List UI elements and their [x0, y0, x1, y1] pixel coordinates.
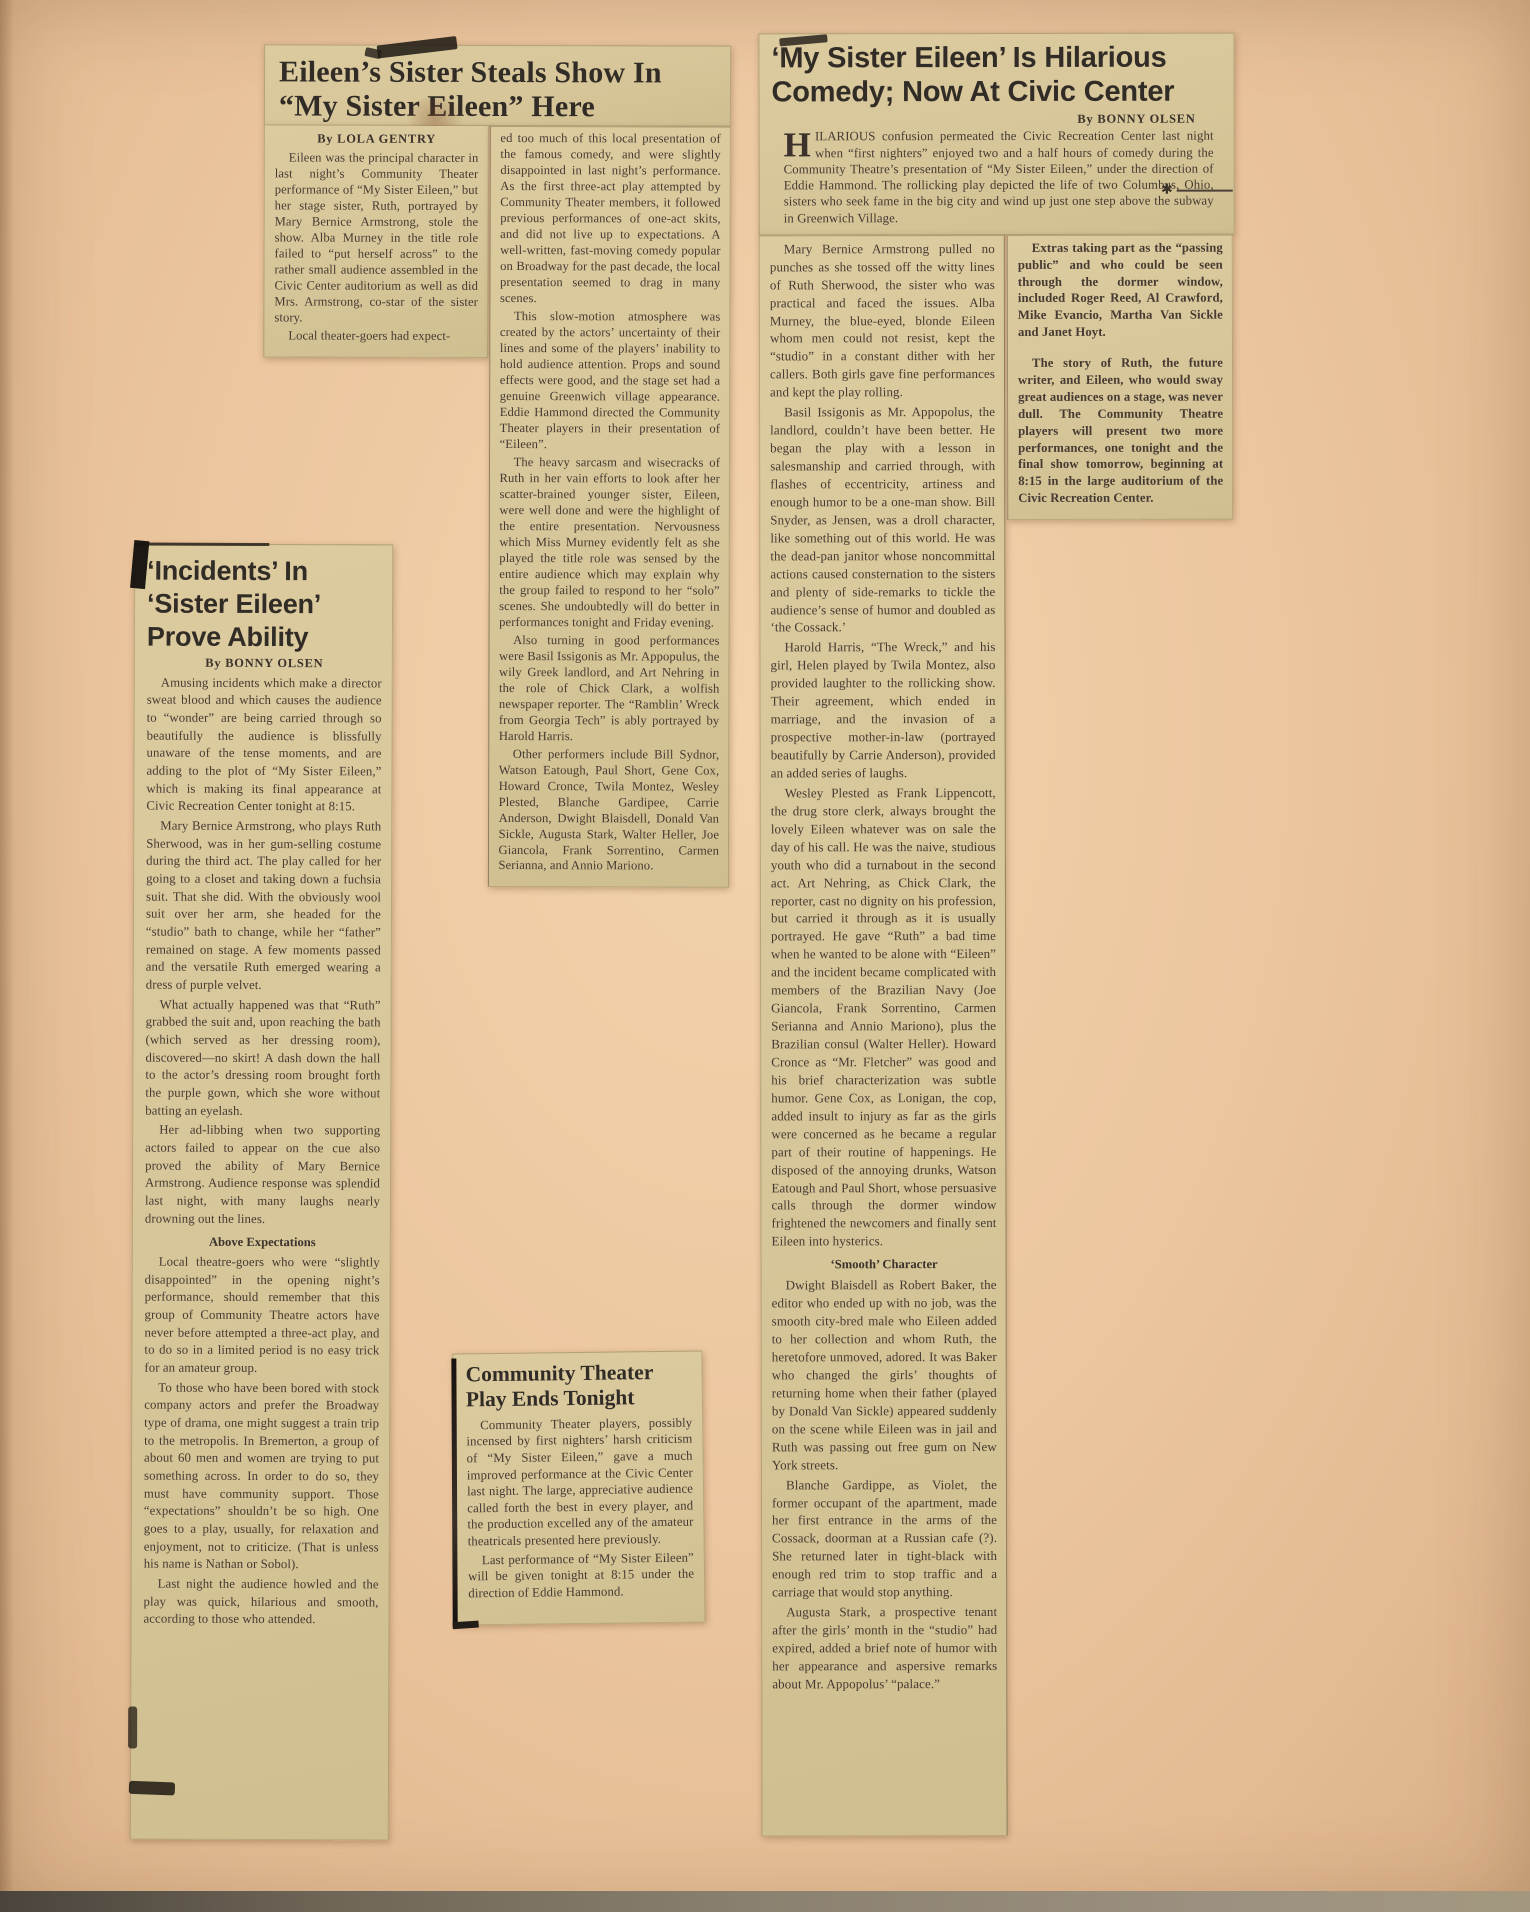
clipping-c-subhead: Above Expectations — [145, 1235, 380, 1251]
article-paragraph: Other performers include Bill Sydnor, Wa… — [498, 747, 719, 875]
clipping-b-columns: Mary Bernice Armstrong pulled no punches… — [759, 234, 1238, 1836]
page-edge-shadow — [0, 0, 14, 1912]
article-paragraph: Last night the audience howled and the p… — [143, 1576, 378, 1630]
drop-cap: H — [784, 129, 815, 161]
torn-edge — [135, 543, 269, 546]
clipping-incidents-prove-ability: ‘Incidents’ In ‘Sister Eileen’ Prove Abi… — [130, 544, 394, 1841]
clipping-play-ends-tonight: Community Theater Play Ends Tonight Comm… — [452, 1350, 705, 1625]
article-paragraph: Dwight Blaisdell as Robert Baker, the ed… — [772, 1276, 997, 1474]
article-paragraph: Eileen was the principal character in la… — [274, 151, 478, 327]
ink-smudge — [129, 1781, 175, 1796]
clipping-b-headline: ‘My Sister Eileen’ Is Hilarious Comedy; … — [771, 42, 1187, 110]
star-separator: ✱ — [1161, 182, 1233, 199]
intro-text: ILARIOUS confusion permeated the Civic R… — [784, 129, 1214, 225]
clipping-d-paper: Community Theater Play Ends Tonight Comm… — [452, 1350, 705, 1625]
article-paragraph: ed too much of this local presentation o… — [500, 131, 721, 307]
clipping-b-intro: HILARIOUS confusion permeated the Civic … — [772, 128, 1224, 234]
torn-edge — [451, 1359, 457, 1628]
clipping-b-sidebar: Extras taking part as the “passing publi… — [1007, 234, 1233, 520]
sidebar-paragraph: Extras taking part as the “passing publi… — [1018, 239, 1223, 341]
article-paragraph: HILARIOUS confusion permeated the Civic … — [784, 128, 1214, 226]
ink-smudge — [128, 1707, 137, 1749]
article-paragraph: This slow-motion atmosphere was created … — [500, 309, 721, 453]
clipping-b-byline: By BONNY OLSEN — [772, 112, 1224, 128]
article-paragraph: Augusta Stark, a prospective tenant afte… — [772, 1603, 997, 1693]
star-icon: ✱ — [1161, 182, 1173, 199]
clipping-b-column-1: Mary Bernice Armstrong pulled no punches… — [759, 235, 1008, 1836]
clipping-c-paper: ‘Incidents’ In ‘Sister Eileen’ Prove Abi… — [130, 544, 394, 1841]
article-paragraph: Local theater-goers had expect- — [274, 328, 478, 345]
photo-bottom-edge — [0, 1891, 1530, 1912]
clipping-a-byline: By LOLA GENTRY — [275, 132, 479, 148]
article-paragraph: Also turning in good performances were B… — [499, 633, 720, 745]
article-paragraph: Amusing incidents which make a director … — [146, 674, 381, 816]
article-paragraph: Last performance of “My Sister Eileen” w… — [468, 1549, 695, 1602]
clipping-hilarious-comedy-review: ‘My Sister Eileen’ Is Hilarious Comedy; … — [758, 33, 1237, 1837]
article-paragraph: Community Theater players, possibly ince… — [466, 1414, 694, 1550]
ink-smudge — [452, 1621, 478, 1630]
clipping-b-header: ‘My Sister Eileen’ Is Hilarious Comedy; … — [758, 33, 1234, 236]
article-paragraph: The heavy sarcasm and wisecracks of Ruth… — [499, 455, 720, 631]
article-paragraph: Local theatre-goers who were “slightly d… — [144, 1254, 379, 1378]
article-paragraph: Her ad-libbing when two supporting actor… — [145, 1122, 380, 1229]
article-paragraph: Basil Issigonis as Mr. Appopolus, the la… — [770, 403, 995, 637]
scrapbook-page: Eileen’s Sister Steals Show In “My Siste… — [0, 0, 1530, 1912]
article-paragraph: Wesley Plested as Frank Lippencott, the … — [771, 784, 997, 1251]
article-paragraph: Harold Harris, “The Wreck,” and his girl… — [770, 638, 995, 782]
clipping-a-column-2: ed too much of this local presentation o… — [487, 126, 730, 888]
sidebar-paragraph: The story of Ruth, the future writer, an… — [1018, 355, 1223, 507]
clipping-a-headline: Eileen’s Sister Steals Show In “My Siste… — [279, 55, 718, 123]
article-paragraph: What actually happened was that “Ruth” g… — [145, 996, 380, 1120]
clipping-b-subhead: ‘Smooth’ Character — [772, 1257, 997, 1272]
clipping-a-column-1: By LOLA GENTRY Eileen was the principal … — [263, 126, 488, 358]
clipping-a-header: Eileen’s Sister Steals Show In “My Siste… — [264, 44, 731, 126]
clipping-c-byline: By BONNY OLSEN — [147, 655, 382, 671]
separator-rule — [1177, 189, 1233, 191]
clipping-c-headline: ‘Incidents’ In ‘Sister Eileen’ Prove Abi… — [147, 555, 382, 655]
article-paragraph: Blanche Gardippe, as Violet, the former … — [772, 1476, 997, 1602]
article-paragraph: Mary Bernice Armstrong, who plays Ruth S… — [146, 818, 382, 995]
article-paragraph: To those who have been bored with stock … — [144, 1379, 380, 1574]
clipping-d-headline: Community Theater Play Ends Tonight — [465, 1360, 692, 1413]
article-paragraph: Mary Bernice Armstrong pulled no punches… — [770, 240, 995, 402]
